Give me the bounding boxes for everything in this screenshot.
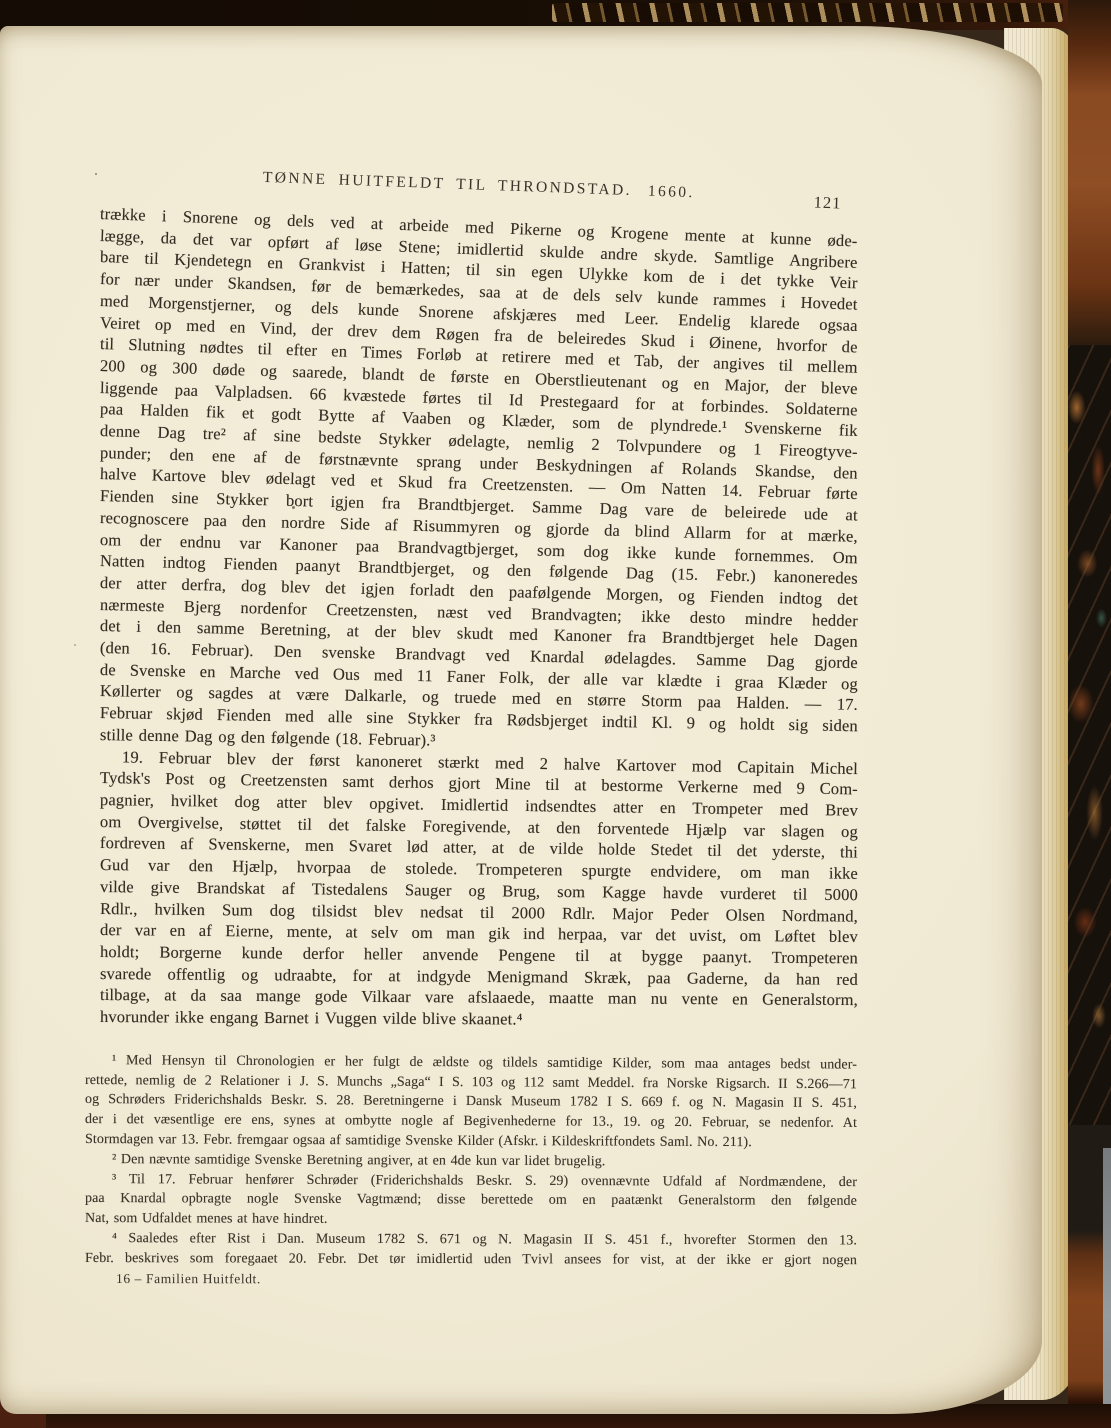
book-photo: TØNNE HUITFELDT TIL THRONDSTAD. 1660. 12… [0,0,1111,1428]
background-sliver [1103,1148,1111,1428]
text-line: hvorunder ikke engang Barnet i Vuggen vi… [100,1006,858,1032]
page-number: 121 [813,193,841,214]
marbled-board [1068,345,1111,1125]
paper-speck [74,644,76,646]
paragraph: ⁴ Saaledes efter Rist i Dan. Museum 1782… [85,1229,857,1269]
footnotes: ¹ Med Hensyn til Chronologien er her ful… [85,1051,857,1269]
page-content: TØNNE HUITFELDT TIL THRONDSTAD. 1660. 12… [100,163,858,1287]
paragraph: ³ Til 17. Februar henfører Schrøder (Fri… [85,1170,857,1229]
header-year: 1660. [648,183,695,203]
text-line: Nat, som Udfaldet menes at have hindret. [85,1209,857,1231]
paper-speck [95,173,97,175]
text-line: Febr. beskrives som foregaaet 20. Febr. … [85,1249,857,1271]
page-title: TØNNE HUITFELDT TIL THRONDSTAD. [263,169,633,200]
body-text: trække i Snorene og dels ved at arbeide … [100,203,858,1028]
text-line: ² Den nævnte samtidige Svenske Beretning… [85,1150,857,1173]
signature-text: 16 – Familien Huitfeldt. [116,1271,261,1286]
text-line: ⁴ Saaledes efter Rist i Dan. Museum 1782… [85,1229,857,1251]
paragraph: ² Den nævnte samtidige Svenske Beretning… [85,1150,857,1170]
signature-line: 16 – Familien Huitfeldt. [116,1271,858,1289]
headband-weave [552,3,1063,22]
paragraph: trække i Snorene og dels ved at arbeide … [100,203,858,746]
paragraph: ¹ Med Hensyn til Chronologien er her ful… [85,1051,857,1150]
header-title-wrap: TØNNE HUITFELDT TIL THRONDSTAD. 1660. [100,163,858,208]
paragraph: 19. Februar blev der først kanoneret stæ… [100,746,858,1028]
